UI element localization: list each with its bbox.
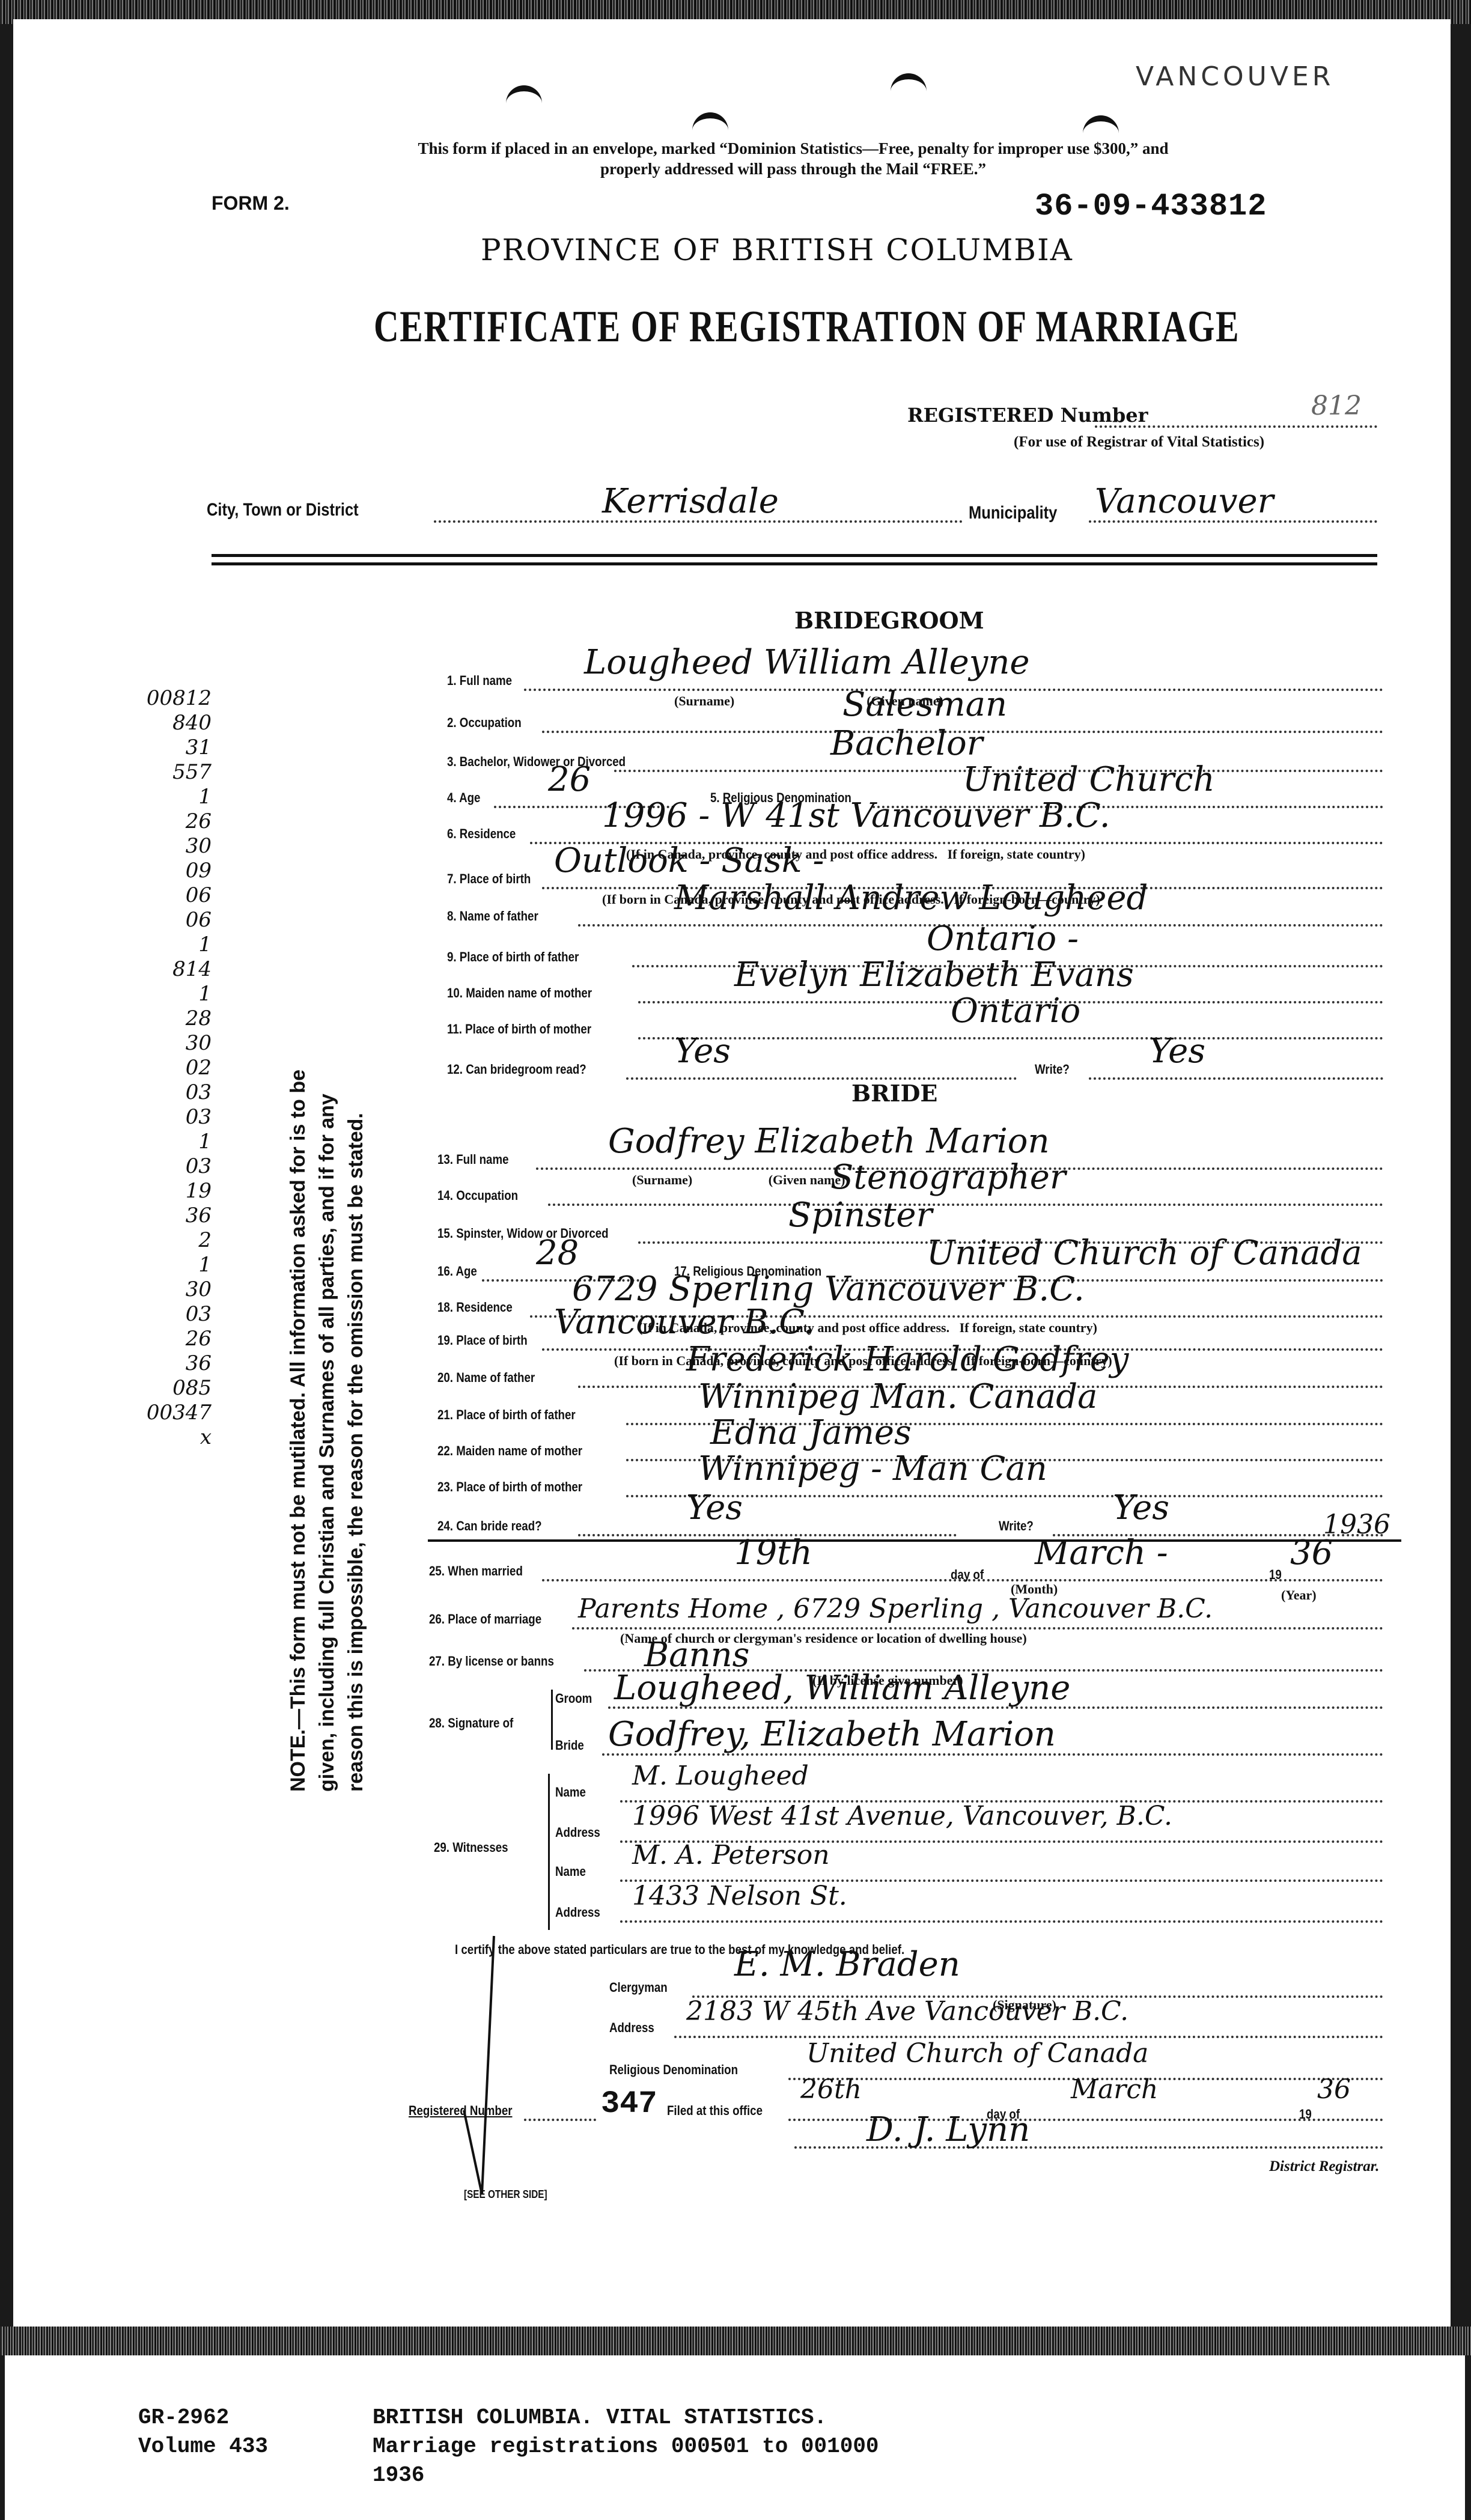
archive-series: GR-2962 [138,2403,229,2432]
margin-number: x [115,1425,212,1450]
side-note-line1: NOTE.—This form must not be mutilated. A… [284,1070,312,1792]
dotted-line [638,1037,1383,1039]
witness-name-value: M. Lougheed [632,1761,809,1791]
province-heading: PROVINCE OF BRITISH COLUMBIA [481,233,1073,267]
witness-name-label: Name [555,1785,586,1800]
bride-signature: Godfrey, Elizabeth Marion [608,1715,1056,1754]
margin-number: 557 [115,760,212,785]
witness-name-value: M. A. Peterson [632,1840,830,1870]
field-label: 12. Can bridegroom read? [447,1062,586,1077]
field-label: 11. Place of birth of mother [447,1021,591,1037]
city-stamp: VANCOUVER [1136,61,1334,92]
municipality-value: Vancouver [1095,482,1273,521]
margin-number: 2 [115,1228,212,1253]
city-label: City, Town or District [207,500,359,520]
marriage-month: March - [1035,1533,1168,1572]
filed-year-prefix: 19 [1299,2107,1312,2122]
signature-of-label: 28. Signature of [429,1715,513,1731]
field-label: 16. Age [437,1264,477,1279]
field-value: Yes [686,1488,743,1527]
field-value: Ontario - [927,919,1079,958]
form-number: FORM 2. [212,192,290,215]
field-label: 8. Name of father [447,908,538,924]
mail-notice-line2: properly addressed will pass through the… [306,159,1280,179]
denomination-label: Religious Denomination [609,2062,738,2078]
field-value: United Church of Canada [927,1234,1362,1273]
field-label: 6. Residence [447,826,516,842]
margin-number: 840 [115,711,212,735]
archive-volume: Volume 433 [138,2432,268,2461]
field-label: 2. Occupation [447,715,522,731]
clergyman-label: Clergyman [609,1980,668,1995]
place-of-marriage-value: Parents Home , 6729 Sperling , Vancouver… [578,1593,1213,1624]
brace [548,1774,550,1930]
double-rule [212,554,1377,557]
registrar-note: (For use of Registrar of Vital Statistic… [1014,434,1264,451]
field-label: 4. Age [447,790,480,806]
certificate-sheet: VANCOUVER This form if placed in an enve… [13,19,1451,2327]
field-value: United Church [963,760,1215,799]
brace [551,1690,553,1750]
field-value: 1996 - W 41st Vancouver B.C. [602,796,1110,835]
filed-year: 36 [1317,2074,1351,2105]
field-value: 26 [548,760,591,799]
margin-number: 06 [115,883,212,908]
when-married-label: 25. When married [429,1563,523,1579]
field-value: Salesman [842,685,1007,724]
punch-hole-icon [506,85,542,115]
dotted-line [524,2119,596,2121]
witness-address-value: 1996 West 41st Avenue, Vancouver, B.C. [632,1801,1172,1831]
witnesses-label: 29. Witnesses [434,1840,508,1855]
margin-number: 03 [115,1302,212,1327]
field-value: Bachelor [830,724,983,763]
city-value: Kerrisdale [602,482,779,521]
field-label: 20. Name of father [437,1370,535,1386]
margin-number: 1 [115,1130,212,1154]
field-label: Write? [999,1518,1034,1534]
field-value: Winnipeg - Man Can [698,1449,1047,1488]
field-label: 23. Place of birth of mother [437,1479,582,1495]
margin-number: 28 [115,1006,212,1031]
margin-number: 26 [115,1327,212,1351]
field-label: 19. Place of birth [437,1333,528,1348]
margin-number: 03 [115,1080,212,1105]
field-value: Frederick Harold Godfrey [686,1340,1128,1379]
groom-signature: Lougheed, William Alleyne [614,1669,1070,1708]
field-label: 1. Full name [447,673,512,689]
denomination-value: United Church of Canada [806,2038,1148,2069]
field-value: Stenographer [830,1158,1066,1197]
registered-number-label: REGISTERED Number [907,404,1148,427]
dotted-line [572,1627,1383,1630]
field-value: 28 [536,1234,579,1273]
registrar-signature: D. J. Lynn [866,2110,1030,2149]
filed-label: Filed at this office [667,2103,763,2119]
witness-name-label: Name [555,1864,586,1879]
marriage-day: 19th [734,1533,812,1572]
field-value: Vancouver B.C. [554,1303,814,1342]
bride-sig-label: Bride [555,1738,584,1753]
check-mark-icon [458,1930,506,2206]
field-label: 14. Occupation [437,1188,518,1204]
field-value: Yes [674,1032,731,1071]
field-hint: (Surname) (Given name) [632,1172,845,1188]
margin-number: 03 [115,1154,212,1179]
bride-heading: BRIDE [851,1080,937,1107]
margin-number: 30 [115,1031,212,1056]
side-note-line2: given, including full Christian and Surn… [312,1070,341,1792]
witness-address-label: Address [555,1905,600,1920]
mail-notice: This form if placed in an envelope, mark… [306,138,1280,179]
document-id: 36-09-433812 [1035,189,1267,224]
margin-number: 1 [115,933,212,957]
field-label: 18. Residence [437,1300,513,1315]
field-value: Yes [1149,1032,1205,1071]
field-value: Outlook - Sask - [554,841,824,880]
witness-address-label: Address [555,1825,600,1840]
dotted-line [1089,1077,1383,1080]
margin-number: 814 [115,957,212,982]
field-label: 21. Place of birth of father [437,1407,576,1423]
dotted-line [620,1920,1383,1923]
field-label: 22. Maiden name of mother [437,1443,582,1459]
filed-month: March [1071,2074,1158,2105]
archive-footer: GR-2962 Volume 433 BRITISH COLUMBIA. VIT… [5,2355,1465,2520]
margin-number: 19 [115,1179,212,1204]
groom-sig-label: Groom [555,1691,592,1706]
margin-number: 02 [115,1056,212,1080]
margin-number: 1 [115,1253,212,1277]
dotted-line [548,1204,1383,1206]
year-annotation: 1936 [1323,1509,1390,1540]
field-value: Evelyn Elizabeth Evans [734,955,1134,994]
margin-number: 00812 [115,686,212,711]
clergyman-signature: E. M. Braden [734,1945,960,1984]
field-value: Ontario [951,991,1080,1030]
field-label: 24. Can bride read? [437,1518,542,1534]
registered-number-value: 812 [1311,391,1362,421]
margin-number: 03 [115,1105,212,1130]
field-value: Godfrey Elizabeth Marion [608,1122,1050,1161]
archive-line1: BRITISH COLUMBIA. VITAL STATISTICS. [373,2403,827,2432]
witness-address-value: 1433 Nelson St. [632,1881,847,1911]
margin-number: 1 [115,785,212,809]
registrar-label: District Registrar. [1269,2158,1379,2175]
field-label: 15. Spinster, Widow or Divorced [437,1226,609,1241]
field-value: Spinster [788,1196,932,1235]
year-sub: (Year) [1281,1587,1317,1603]
mail-notice-line1: This form if placed in an envelope, mark… [306,138,1280,159]
archive-line2: Marriage registrations 000501 to 001000 [373,2432,879,2461]
certificate-title: CERTIFICATE OF REGISTRATION OF MARRIAGE [374,302,1240,353]
clergyman-address: 2183 W 45th Ave Vancouver B.C. [686,1996,1128,2027]
field-value: Lougheed William Alleyne [584,643,1030,682]
field-label: 3. Bachelor, Widower or Divorced [447,754,626,770]
margin-number: 09 [115,859,212,883]
margin-number: 30 [115,834,212,859]
dotted-line [1095,425,1377,428]
field-value: Edna James [710,1413,912,1452]
field-value: Marshall Andrew Lougheed [674,878,1148,918]
margin-number: 00347 [115,1401,212,1425]
field-value: Winnipeg Man. Canada [698,1377,1097,1416]
side-note: NOTE.—This form must not be mutilated. A… [284,1070,370,1792]
dotted-line [626,1077,1017,1080]
margin-number: 06 [115,908,212,933]
registered-number-stamp: 347 [601,2086,657,2122]
day-of-label: day of [951,1567,984,1583]
field-label: 13. Full name [437,1152,508,1167]
double-rule [212,562,1377,565]
margin-number: 30 [115,1277,212,1302]
municipality-label: Municipality [969,503,1057,523]
field-label: 7. Place of birth [447,871,531,887]
side-note-line3: reason this is impossible, the reason fo… [341,1070,370,1792]
margin-number: 36 [115,1204,212,1228]
margin-number: 085 [115,1376,212,1401]
clergyman-address-label: Address [609,2020,654,2036]
margin-number: 1 [115,982,212,1006]
license-label: 27. By license or banns [429,1654,554,1669]
margin-coding-numbers: 0081284031557126300906061814128300203031… [115,686,212,1450]
punch-hole-icon [891,73,927,103]
margin-number: 31 [115,735,212,760]
place-of-marriage-label: 26. Place of marriage [429,1612,541,1627]
year-prefix: 19 [1269,1567,1282,1583]
margin-number: 36 [115,1351,212,1376]
archive-line3: 1936 [373,2461,424,2490]
bridegroom-heading: BRIDEGROOM [794,607,984,634]
field-label: Write? [1035,1062,1070,1077]
field-label: 10. Maiden name of mother [447,985,592,1001]
field-label: 9. Place of birth of father [447,949,579,965]
scan-border-bottom [0,2327,1471,2355]
section-rule [428,1539,1401,1542]
margin-number: 26 [115,809,212,834]
field-value: Yes [1113,1488,1169,1527]
filed-day: 26th [800,2074,862,2105]
